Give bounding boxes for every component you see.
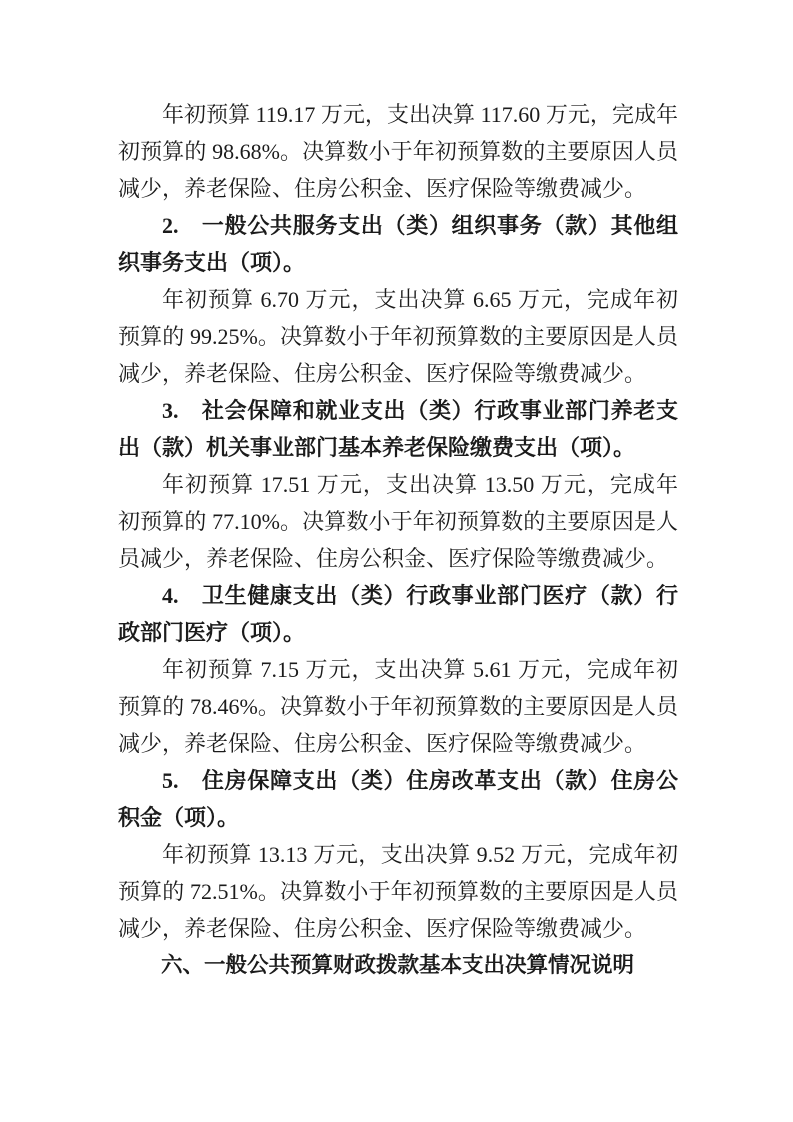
body-paragraph: 年初预算 13.13 万元，支出决算 9.52 万元，完成年初预算的 72.51… — [118, 836, 678, 947]
document-page: 年初预算 119.17 万元，支出决算 117.60 万元，完成年初预算的 98… — [0, 0, 793, 1122]
section-heading: 3. 社会保障和就业支出（类）行政事业部门养老支出（款）机关事业部门基本养老保险… — [118, 392, 678, 466]
body-paragraph: 年初预算 17.51 万元，支出决算 13.50 万元，完成年初预算的 77.1… — [118, 466, 678, 577]
body-paragraph: 年初预算 7.15 万元，支出决算 5.61 万元，完成年初预算的 78.46%… — [118, 651, 678, 762]
section-heading: 5. 住房保障支出（类）住房改革支出（款）住房公积金（项）。 — [118, 762, 678, 836]
section-heading: 六、一般公共预算财政拨款基本支出决算情况说明 — [118, 947, 678, 984]
document-body: 年初预算 119.17 万元，支出决算 117.60 万元，完成年初预算的 98… — [118, 96, 678, 984]
section-heading: 4. 卫生健康支出（类）行政事业部门医疗（款）行政部门医疗（项）。 — [118, 577, 678, 651]
body-paragraph: 年初预算 6.70 万元，支出决算 6.65 万元，完成年初预算的 99.25%… — [118, 281, 678, 392]
section-heading: 2. 一般公共服务支出（类）组织事务（款）其他组织事务支出（项）。 — [118, 207, 678, 281]
body-paragraph: 年初预算 119.17 万元，支出决算 117.60 万元，完成年初预算的 98… — [118, 96, 678, 207]
